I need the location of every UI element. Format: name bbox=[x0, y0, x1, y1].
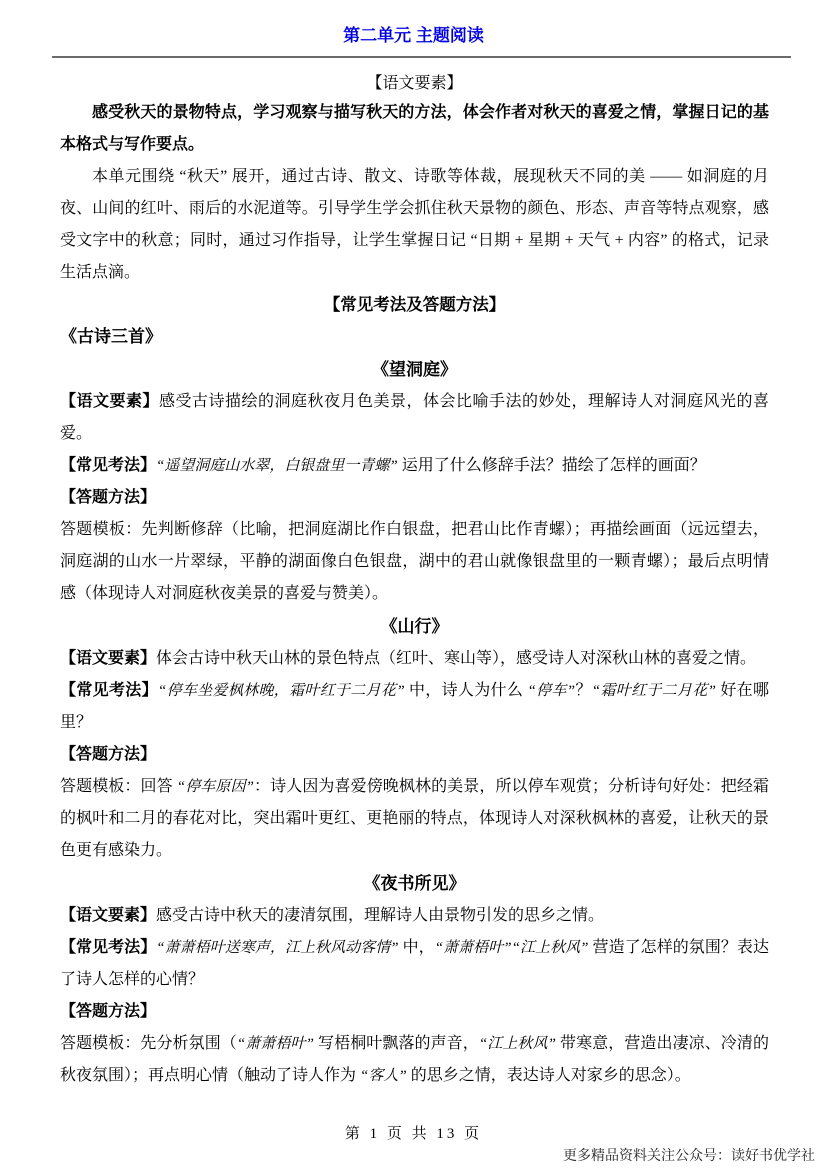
yaosu-paragraph: 【语文要素】感受古诗描绘的洞庭秋夜月色美景，体会比喻手法的妙处，理解诗人对洞庭风… bbox=[60, 386, 769, 450]
poem-title: 《夜书所见》 bbox=[60, 867, 769, 900]
kaofa-paragraph: 【常见考法】“萧萧梧叶送寒声，江上秋风动客情” 中，“萧萧梧叶”“江上秋风” 营… bbox=[60, 932, 769, 996]
unit-overview-paragraph: 本单元围绕 “秋天” 展开，通过古诗、散文、诗歌等体裁，展现秋天不同的美 —— … bbox=[60, 161, 769, 289]
document-body: 【语文要素】 感受秋天的景物特点，学习观察与描写秋天的方法，体会作者对秋天的喜爱… bbox=[0, 71, 827, 1092]
watermark-note: 更多精品资料关注公众号：读好书优学社 bbox=[563, 1145, 815, 1165]
dati-header: 【答题方法】 bbox=[60, 489, 156, 506]
poem-section-wangdongting: 《望洞庭》 【语文要素】感受古诗描绘的洞庭秋夜月色美景，体会比喻手法的妙处，理解… bbox=[60, 353, 769, 610]
page-number: 第 1 页 共 13 页 bbox=[0, 1122, 827, 1143]
unit-goal-paragraph: 感受秋天的景物特点，学习观察与描写秋天的方法，体会作者对秋天的喜爱之情，掌握日记… bbox=[60, 97, 769, 161]
element-header: 【语文要素】 bbox=[60, 71, 769, 97]
kaofa-paragraph: 【常见考法】“停车坐爱枫林晚，霜叶红于二月花” 中，诗人为什么 “停车”？“霜叶… bbox=[60, 675, 769, 739]
yaosu-paragraph: 【语文要素】感受古诗中秋天的凄清氛围，理解诗人由景物引发的思乡之情。 bbox=[60, 900, 769, 932]
dati-header: 【答题方法】 bbox=[60, 1003, 156, 1020]
poem-title: 《望洞庭》 bbox=[60, 353, 769, 386]
unit-title: 第二单元 主题阅读 bbox=[0, 0, 827, 48]
poem-section-yeshusuojian: 《夜书所见》 【语文要素】感受古诗中秋天的凄清氛围，理解诗人由景物引发的思乡之情… bbox=[60, 867, 769, 1092]
document-page: 第二单元 主题阅读 【语文要素】 感受秋天的景物特点，学习观察与描写秋天的方法，… bbox=[0, 0, 827, 1169]
dati-paragraph: 答题模板：回答 “停车原因”：诗人因为喜爱傍晚枫林的美景，所以停车观赏；分析诗句… bbox=[60, 771, 769, 867]
kaofa-paragraph: 【常见考法】“遥望洞庭山水翠，白银盘里一青螺” 运用了什么修辞手法？描绘了怎样的… bbox=[60, 450, 769, 482]
poem-group-title: 《古诗三首》 bbox=[60, 321, 769, 353]
poem-section-shanxing: 《山行》 【语文要素】体会古诗中秋天山林的景色特点（红叶、寒山等），感受诗人对深… bbox=[60, 610, 769, 867]
methods-header: 【常见考法及答题方法】 bbox=[60, 289, 769, 321]
dati-header: 【答题方法】 bbox=[60, 746, 156, 763]
poem-title: 《山行》 bbox=[60, 610, 769, 643]
yaosu-paragraph: 【语文要素】体会古诗中秋天山林的景色特点（红叶、寒山等），感受诗人对深秋山林的喜… bbox=[60, 643, 769, 675]
dati-paragraph: 答题模板：先分析氛围（“萧萧梧叶” 写梧桐叶飘落的声音，“江上秋风” 带寒意，营… bbox=[60, 1028, 769, 1092]
title-divider bbox=[52, 56, 791, 58]
dati-paragraph: 答题模板：先判断修辞（比喻，把洞庭湖比作白银盘，把君山比作青螺）；再描绘画面（远… bbox=[60, 514, 769, 610]
